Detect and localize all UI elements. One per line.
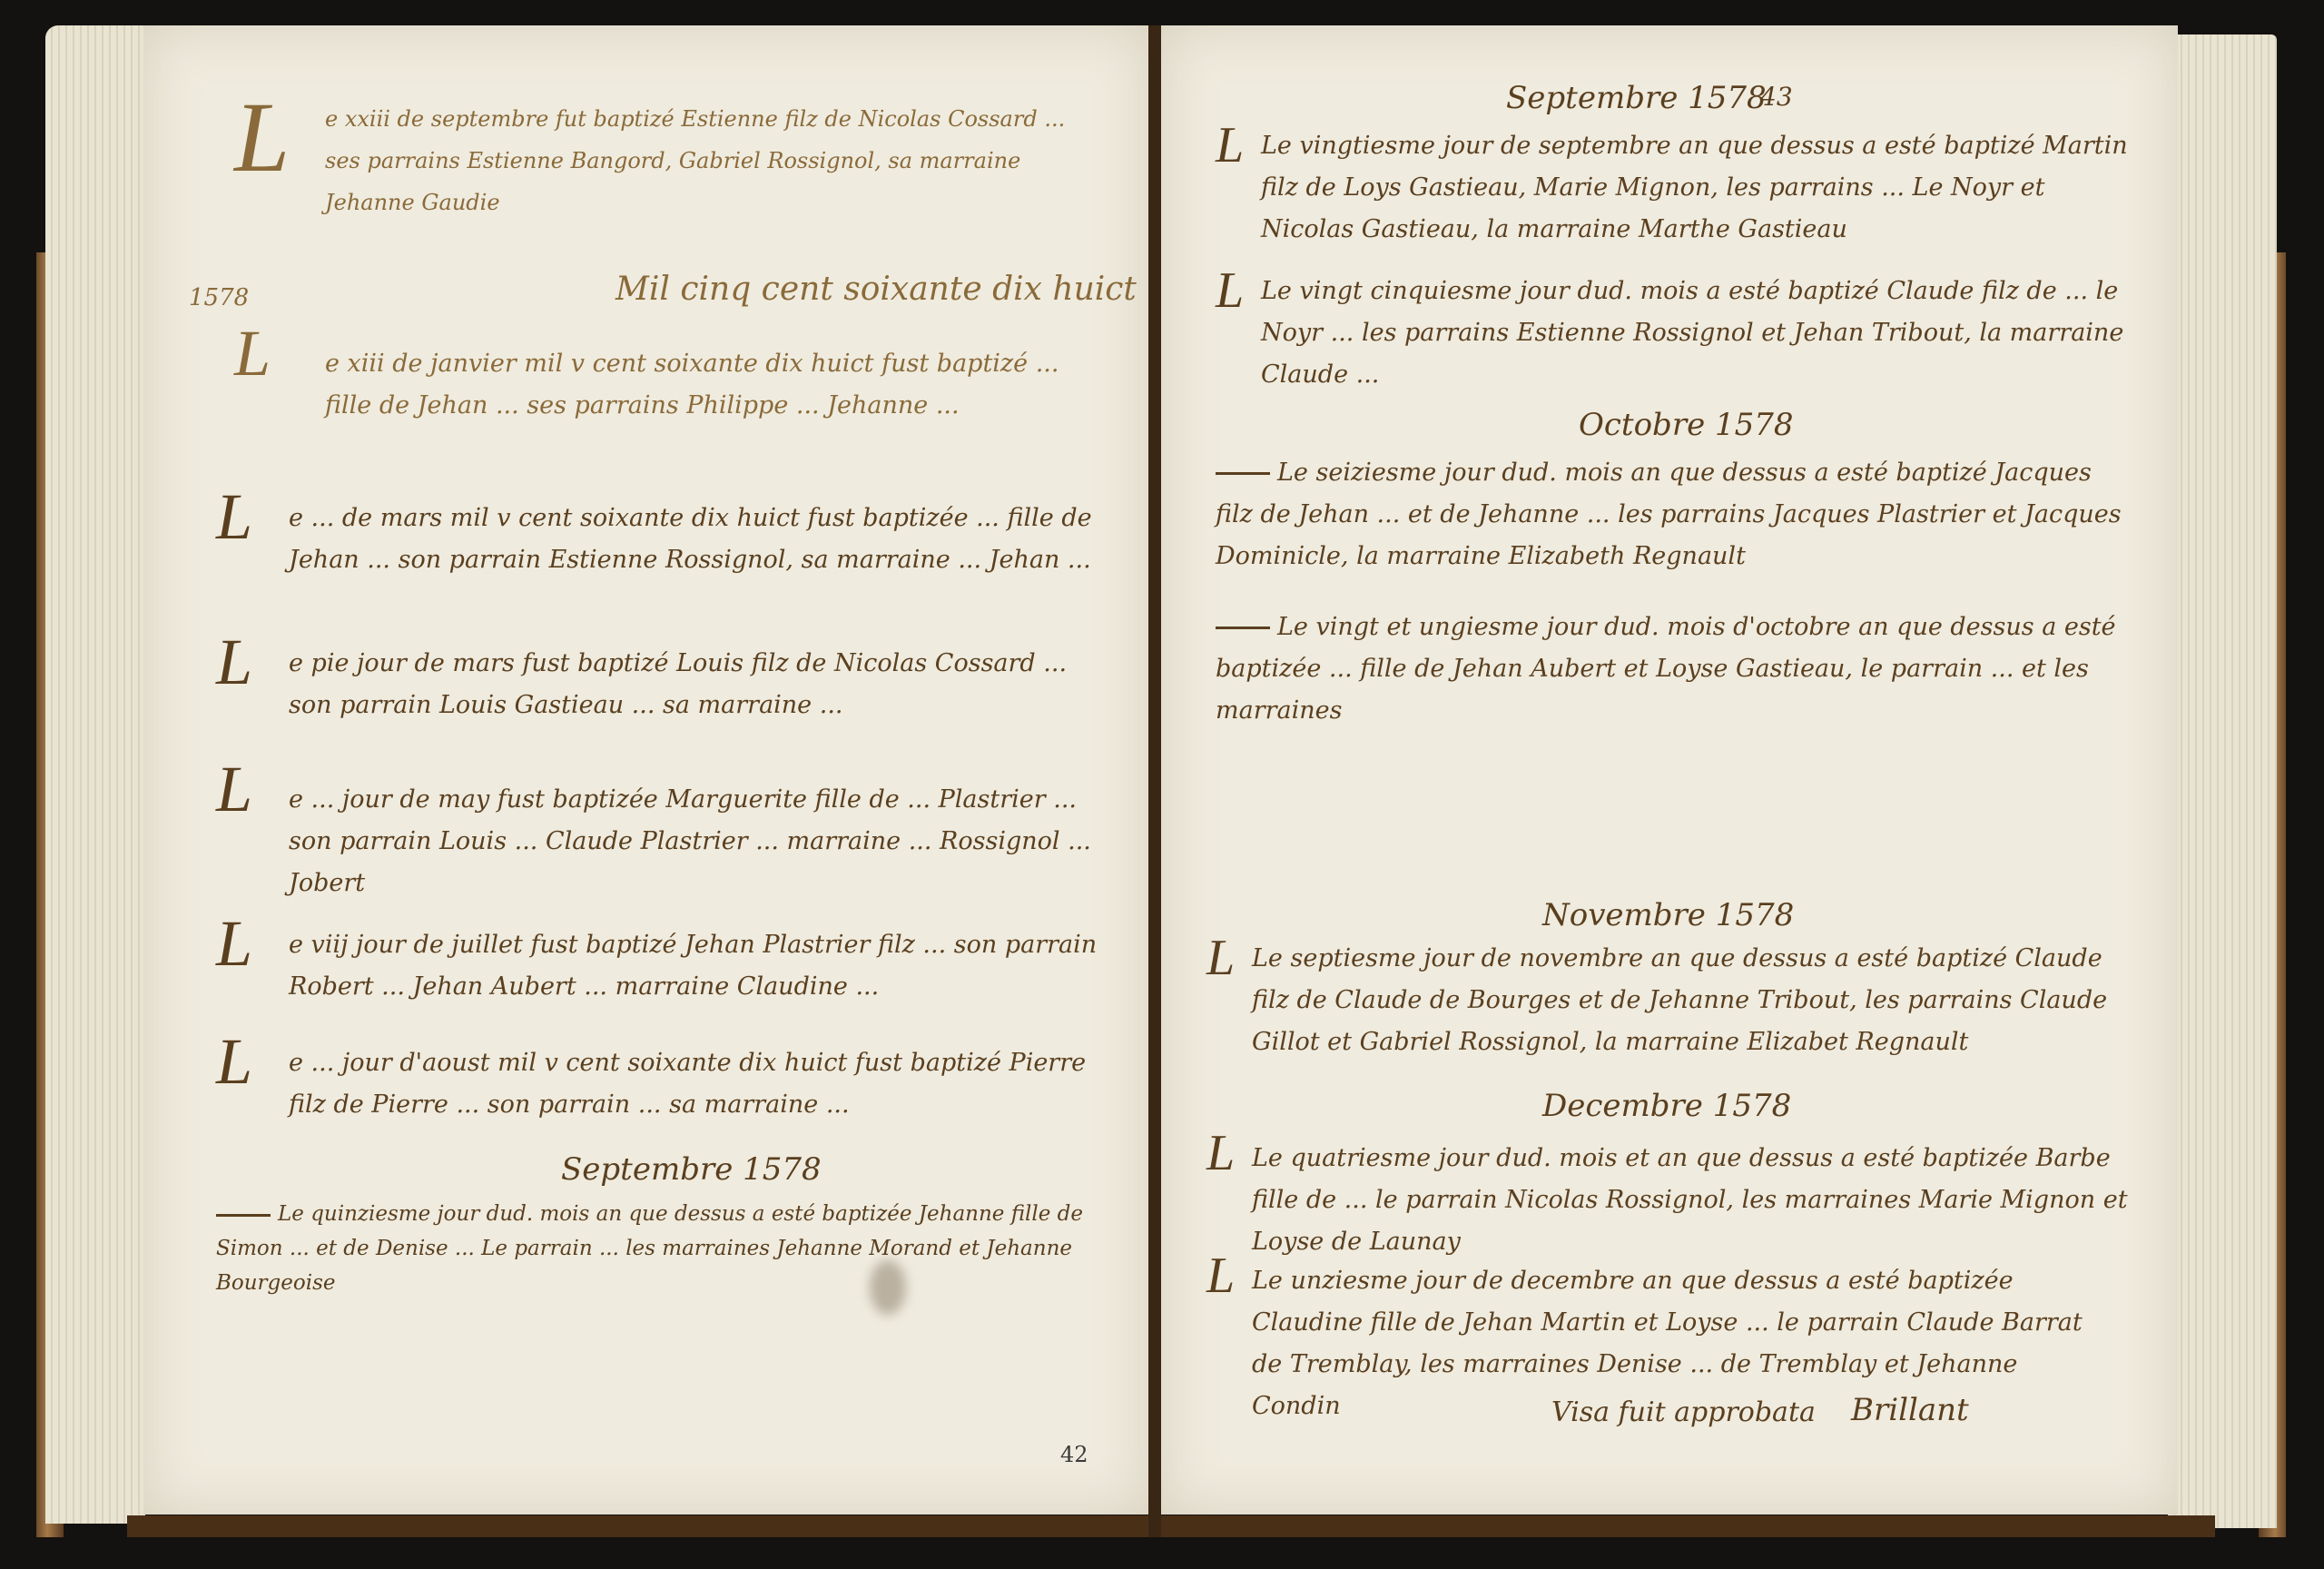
entry-text-content: Le vingt et ungiesme jour dud. mois d'oc…: [1216, 613, 2116, 725]
entry-text-content: Le seiziesme jour dud. mois an que dessu…: [1216, 459, 2122, 570]
entry-text: Le vingt cinquiesme jour dud. mois a est…: [1261, 271, 2132, 396]
margin-initial: L: [1206, 1247, 1235, 1305]
margin-initial: L: [1206, 1124, 1235, 1182]
entry-text: e ... de mars mil v cent soixante dix hu…: [289, 498, 1106, 581]
right-page: Septembre 1578 43 L Le vingtiesme jour d…: [1161, 25, 2178, 1515]
margin-dash: [1216, 627, 1270, 629]
entry-text-content: Le quinziesme jour dud. mois an que dess…: [216, 1202, 1083, 1295]
decorated-initial: L: [216, 625, 252, 700]
open-book: L e xxiii de septembre fut baptizé Estie…: [36, 25, 2286, 1537]
page-edges-right: [2168, 35, 2277, 1528]
year-heading: Mil cinq cent soixante dix huict: [615, 271, 1137, 308]
binding-bottom: [127, 1515, 2215, 1537]
decorated-initial: L: [216, 752, 252, 827]
decorated-initial: L: [216, 906, 252, 982]
left-page: L e xxiii de septembre fut baptizé Estie…: [143, 25, 1148, 1515]
decorated-initial: L: [216, 1024, 252, 1100]
entry-text: Le vingt et ungiesme jour dud. mois d'oc…: [1216, 607, 2132, 732]
margin-dash: [1216, 472, 1270, 475]
entry-text: e ... jour d'aoust mil v cent soixante d…: [289, 1042, 1106, 1126]
closing-approbation: Visa fuit approbata: [1551, 1396, 1816, 1428]
page-number: 42: [1060, 1442, 1088, 1467]
margin-dash: [216, 1214, 271, 1217]
month-heading: Decembre 1578: [1542, 1088, 1791, 1124]
signature: Brillant: [1851, 1392, 1969, 1428]
decorated-initial: L: [234, 80, 290, 195]
month-heading: Septembre 1578: [561, 1151, 822, 1188]
margin-initial: L: [1206, 929, 1235, 987]
month-heading: Novembre 1578: [1542, 897, 1794, 933]
entry-text: Le vingtiesme jour de septembre an que d…: [1261, 125, 2132, 251]
month-heading: Octobre 1578: [1579, 407, 1794, 443]
entry-text: Le septiesme jour de novembre an que des…: [1252, 938, 2142, 1063]
entry-text: e viij jour de juillet fust baptizé Jeha…: [289, 924, 1106, 1008]
entry-text: e xiii de janvier mil v cent soixante di…: [325, 343, 1106, 427]
entry-text: Le seiziesme jour dud. mois an que dessu…: [1216, 452, 2132, 577]
entry-text: e ... jour de may fust baptizée Margueri…: [289, 779, 1106, 904]
margin-initial: L: [1216, 261, 1244, 320]
decorated-initial: L: [234, 316, 271, 391]
entry-text: Le quinziesme jour dud. mois an que dess…: [216, 1197, 1088, 1300]
month-heading: Septembre 1578: [1506, 80, 1767, 116]
decorated-initial: L: [216, 479, 252, 555]
ink-smudge: [870, 1260, 906, 1315]
entry-text: e xxiii de septembre fut baptizé Estienn…: [325, 98, 1106, 223]
entry-text: Le quatriesme jour dud. mois et an que d…: [1252, 1138, 2142, 1263]
page-number: 43: [1760, 82, 1793, 112]
margin-initial: L: [1216, 116, 1244, 174]
book-gutter: [1148, 25, 1161, 1537]
margin-year: 1578: [189, 284, 249, 311]
page-edges-left: [45, 25, 145, 1524]
entry-text: e pie jour de mars fust baptizé Louis fi…: [289, 643, 1106, 726]
